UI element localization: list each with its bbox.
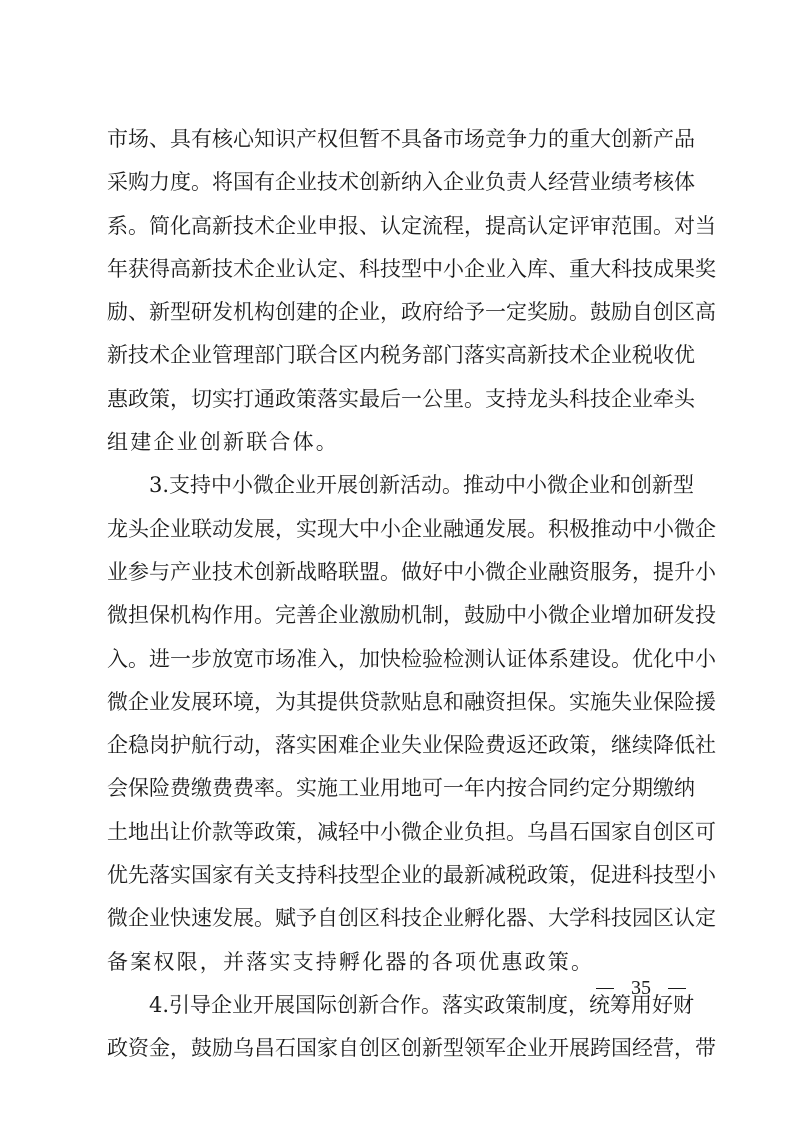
- text-line: 政资金，鼓励乌昌石国家自创区创新型领军企业开展跨国经营，带: [107, 1027, 688, 1070]
- text-line: 惠政策，切实打通政策落实最后一公里。支持龙头科技企业牵头: [107, 378, 688, 421]
- text-line: 采购力度。将国有企业技术创新纳入企业负责人经营业绩考核体: [107, 161, 688, 204]
- section-3-heading-line: 3.支持中小微企业开展创新活动。推动中小微企业和创新型: [107, 464, 688, 507]
- text-line: 励、新型研发机构创建的企业，政府给予一定奖励。鼓励自创区高: [107, 291, 688, 334]
- text-line: 微担保机构作用。完善企业激励机制，鼓励中小微企业增加研发投: [107, 594, 688, 637]
- body-text: 市场、具有核心知识产权但暂不具备市场竞争力的重大创新产品 采购力度。将国有企业技…: [107, 118, 688, 1071]
- text-line: 微企业快速发展。赋予自创区科技企业孵化器、大学科技园区认定: [107, 897, 688, 940]
- text-line: 年获得高新技术企业认定、科技型中小企业入库、重大科技成果奖: [107, 248, 688, 291]
- text-line-paragraph-end: 组建企业创新联合体。: [107, 421, 688, 464]
- text-line: 优先落实国家有关支持科技型企业的最新减税政策，促进科技型小: [107, 854, 688, 897]
- document-page: 市场、具有核心知识产权但暂不具备市场竞争力的重大创新产品 采购力度。将国有企业技…: [0, 0, 793, 1122]
- text-line: 企稳岗护航行动，落实困难企业失业保险费返还政策，继续降低社: [107, 724, 688, 767]
- text-line: 龙头企业联动发展，实现大中小企业融通发展。积极推动中小微企: [107, 508, 688, 551]
- text-line: 系。简化高新技术企业申报、认定流程，提高认定评审范围。对当: [107, 205, 688, 248]
- page-number-value: 35: [631, 975, 651, 1001]
- dash-left: [596, 988, 614, 989]
- text-line: 入。进一步放宽市场准入，加快检验检测认证体系建设。优化中小: [107, 638, 688, 681]
- text-line: 会保险费缴费费率。实施工业用地可一年内按合同约定分期缴纳: [107, 767, 688, 810]
- text-line: 业参与产业技术创新战略联盟。做好中小微企业融资服务，提升小: [107, 551, 688, 594]
- text-line: 土地出让价款等政策，减轻中小微企业负担。乌昌石国家自创区可: [107, 811, 688, 854]
- text-line: 新技术企业管理部门联合区内税务部门落实高新技术企业税收优: [107, 334, 688, 377]
- text-line: 微企业发展环境，为其提供贷款贴息和融资担保。实施失业保险援: [107, 681, 688, 724]
- text-line: 市场、具有核心知识产权但暂不具备市场竞争力的重大创新产品: [107, 118, 688, 161]
- dash-right: [668, 988, 686, 989]
- page-number: 35: [596, 975, 686, 1001]
